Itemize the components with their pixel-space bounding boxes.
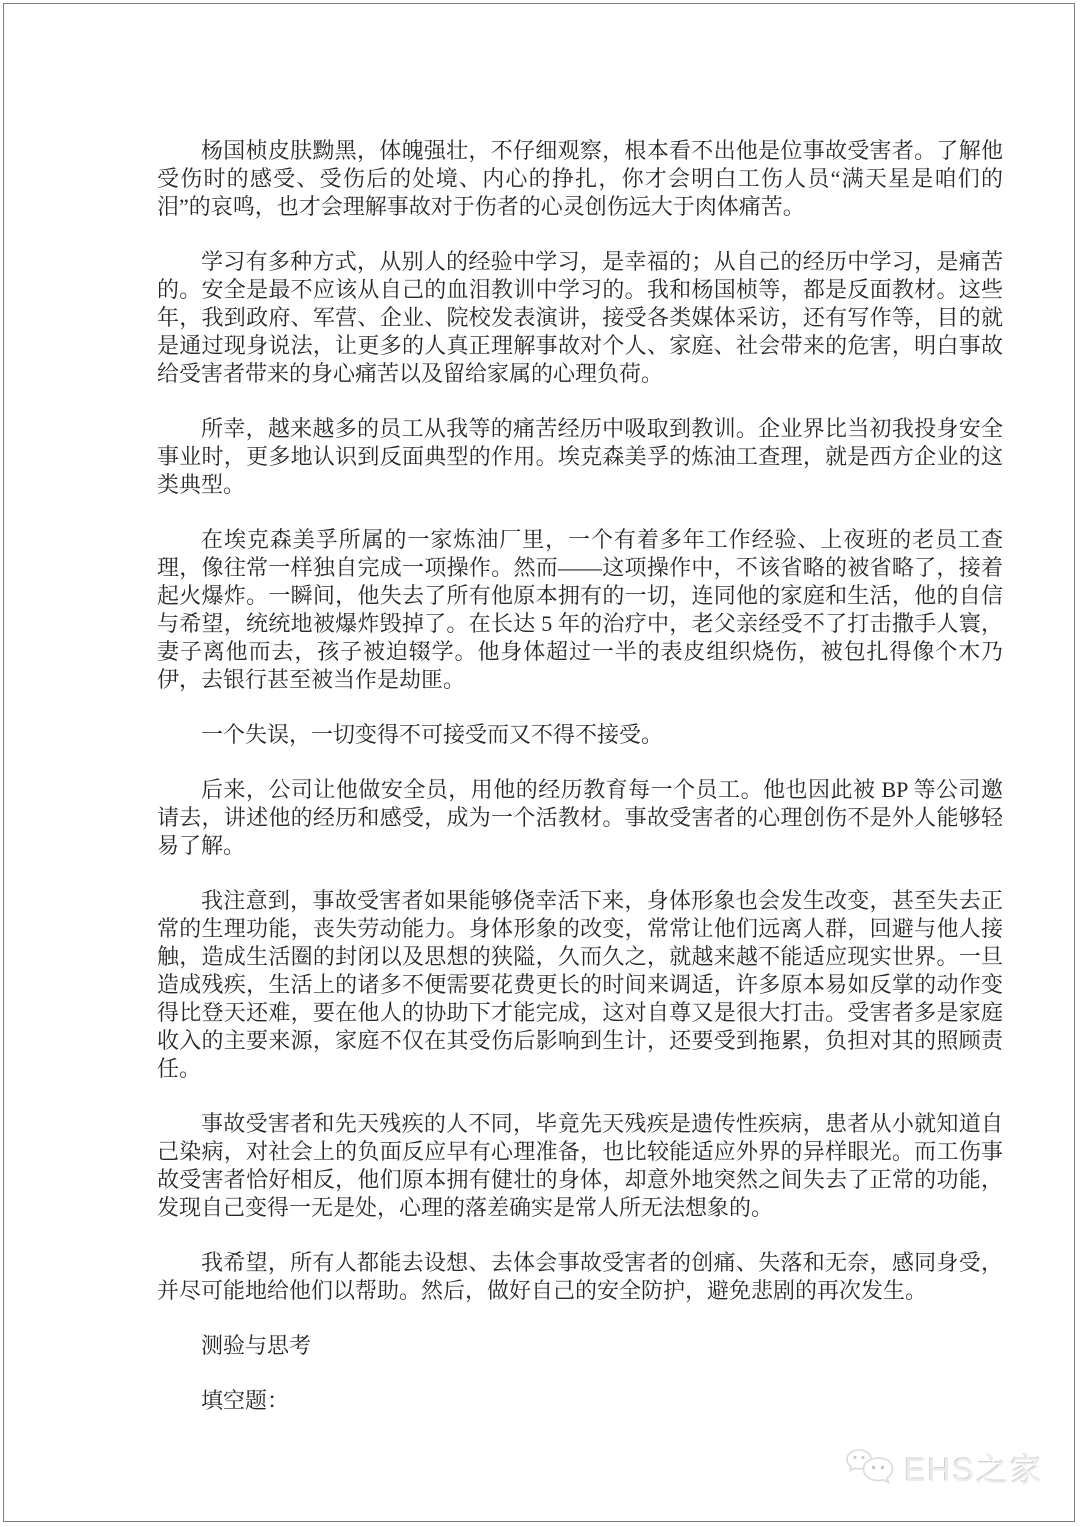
paragraph: 在埃克森美孚所属的一家炼油厂里，一个有着多年工作经验、上夜班的老员工查理，像往常… [157,526,1003,694]
paragraph: 杨国桢皮肤黝黑，体魄强壮，不仔细观察，根本看不出他是位事故受害者。了解他受伤时的… [157,137,1003,221]
paragraph: 事故受害者和先天残疾的人不同，毕竟先天残疾是遗传性疾病，患者从小就知道自己染病，… [157,1110,1003,1222]
watermark: EHS之家 [845,1445,1044,1491]
document-content: 杨国桢皮肤黝黑，体魄强壮，不仔细观察，根本看不出他是位事故受害者。了解他受伤时的… [157,137,1003,1442]
paragraph: 学习有多种方式，从别人的经验中学习，是幸福的；从自己的经历中学习，是痛苦的。安全… [157,248,1003,388]
section-heading: 测验与思考 [157,1332,1003,1360]
paragraph: 所幸，越来越多的员工从我等的痛苦经历中吸取到教训。企业界比当初我投身安全事业时，… [157,415,1003,499]
paragraph: 我希望，所有人都能去设想、去体会事故受害者的创痛、失落和无奈，感同身受，并尽可能… [157,1249,1003,1305]
wechat-icon [845,1447,897,1489]
document-page: 杨国桢皮肤黝黑，体魄强壮，不仔细观察，根本看不出他是位事故受害者。了解他受伤时的… [3,3,1075,1522]
paragraph: 后来，公司让他做安全员，用他的经历教育每一个员工。他也因此被 BP 等公司邀请去… [157,776,1003,860]
watermark-label: EHS之家 [904,1445,1044,1491]
paragraph: 我注意到，事故受害者如果能够侥幸活下来，身体形象也会发生改变，甚至失去正常的生理… [157,887,1003,1083]
paragraph: 一个失误，一切变得不可接受而又不得不接受。 [157,721,1003,749]
subsection-label: 填空题： [157,1387,1003,1415]
